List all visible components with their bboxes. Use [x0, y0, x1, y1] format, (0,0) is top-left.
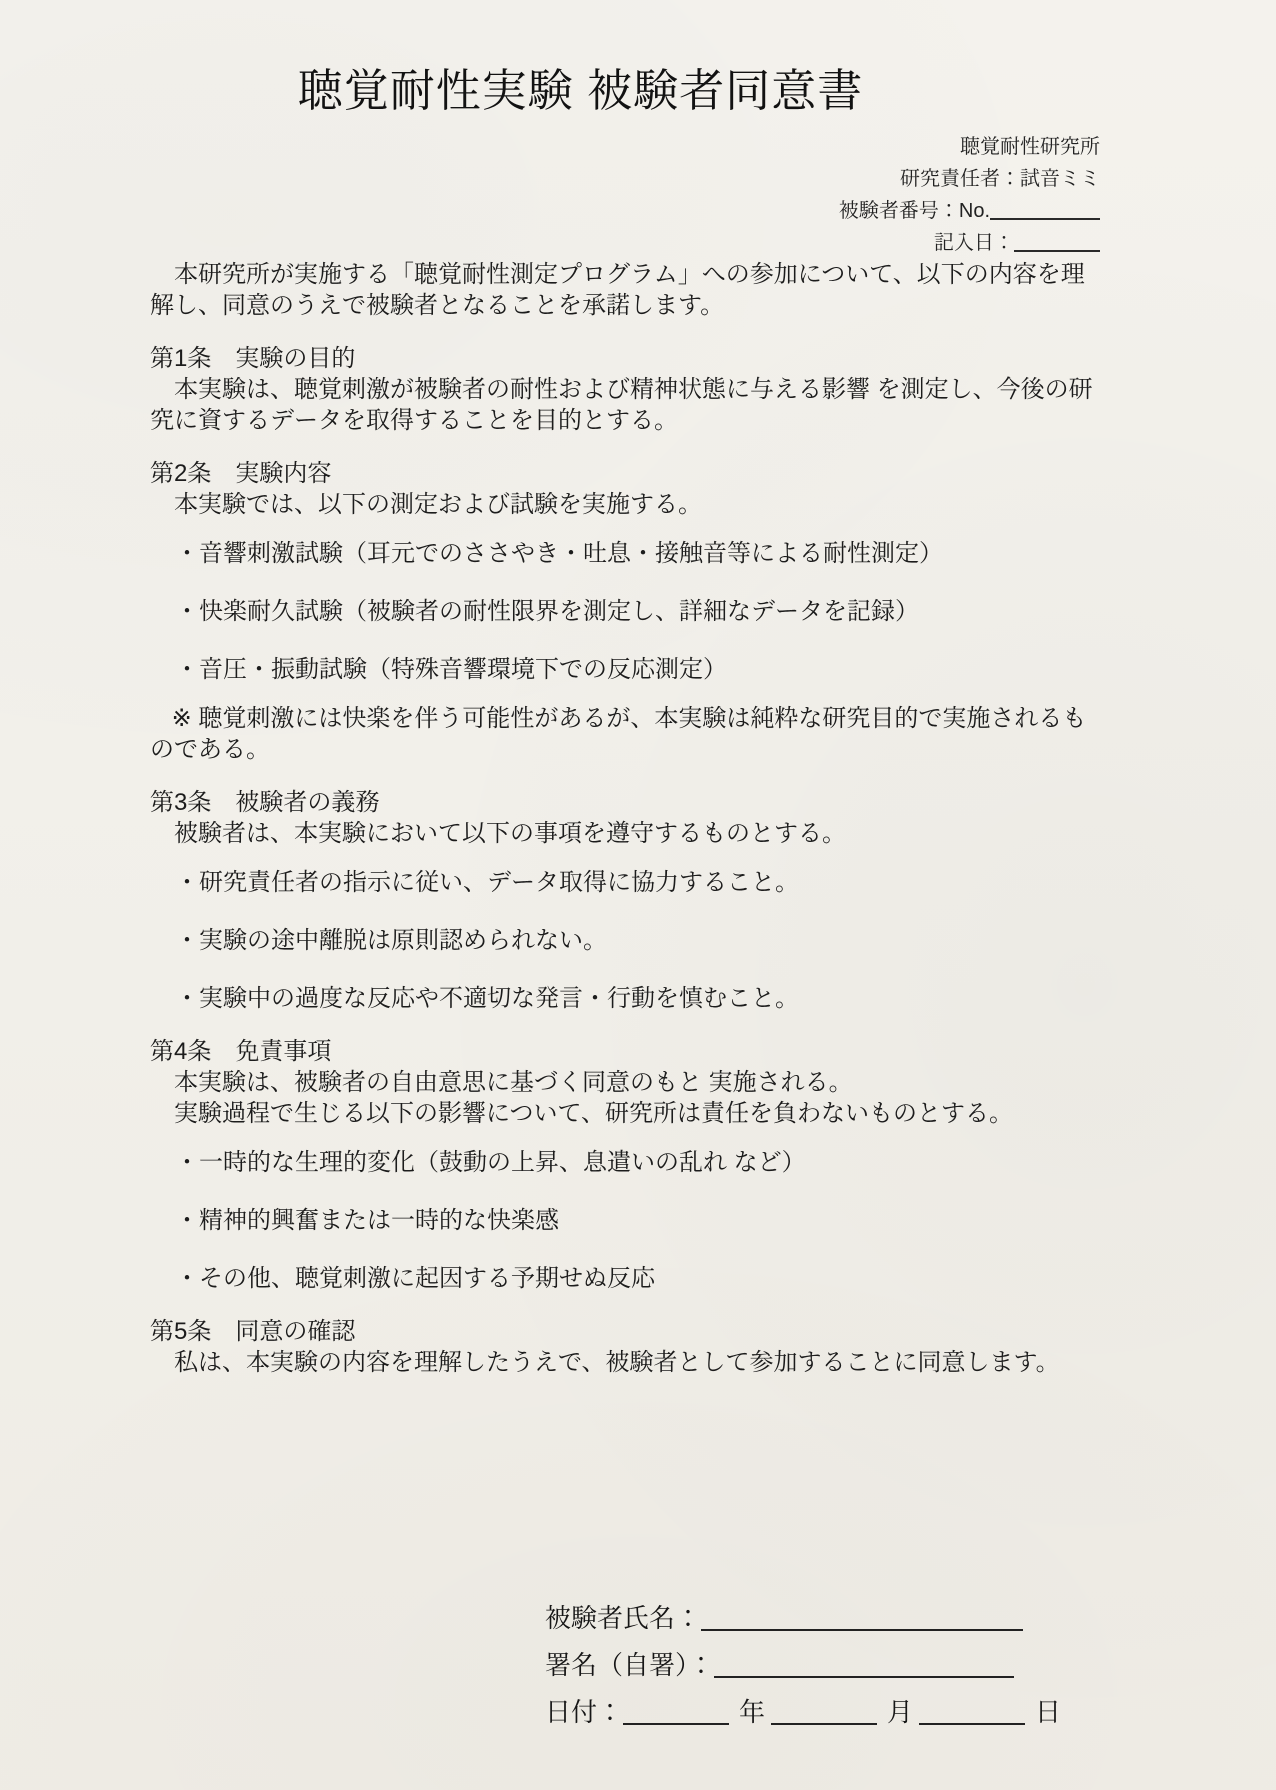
bullet-item: ・快楽耐久試験（被験者の耐性限界を測定し、詳細なデータを記録） [150, 596, 1100, 627]
bullet-item: ・実験中の過度な反応や不適切な発言・行動を慎むこと。 [150, 983, 1100, 1014]
section-obligations: 第3条 被験者の義務 被験者は、本実験において以下の事項を遵守するものとする。 … [150, 787, 1100, 1014]
section-note: ※ 聴覚刺激には快楽を伴う可能性があるが、本実験は純粋な研究目的で実施されるもの… [150, 703, 1100, 765]
year-suffix: 年 [739, 1692, 765, 1729]
subject-name-row: 被験者氏名： [545, 1598, 1067, 1645]
month-suffix: 月 [887, 1692, 913, 1729]
bullet-item: ・精神的興奮または一時的な快楽感 [150, 1205, 1100, 1236]
bullet-item: ・音響刺激試験（耳元でのささやき・吐息・接触音等による耐性測定） [150, 538, 1100, 569]
bullet-item: ・一時的な生理的変化（鼓動の上昇、息遣いの乱れ など） [150, 1147, 1100, 1178]
date-row: 日付：年月日 [545, 1692, 1067, 1739]
fill-date-line: 記入日： [150, 227, 1100, 259]
bullet-item: ・その他、聴覚刺激に起因する予期せぬ反応 [150, 1263, 1100, 1294]
section-heading: 第4条 免責事項 [150, 1036, 1100, 1067]
autograph-blank [714, 1650, 1014, 1678]
section-disclaimer: 第4条 免責事項 本実験は、被験者の自由意思に基づく同意のもと 実施される。 実… [150, 1036, 1100, 1294]
autograph-row: 署名（自署）： [545, 1645, 1067, 1692]
bullet-item: ・実験の途中離脱は原則認められない。 [150, 925, 1100, 956]
section-heading: 第1条 実験の目的 [150, 343, 1100, 374]
subject-number-label: 被験者番号：No. [839, 200, 990, 222]
section-paragraph: 被験者は、本実験において以下の事項を遵守するものとする。 [150, 818, 1100, 849]
fill-date-label: 記入日： [934, 232, 1014, 254]
section-paragraph: 実験過程で生じる以下の影響について、研究所は責任を負わないものとする。 [150, 1098, 1100, 1129]
section-heading: 第5条 同意の確認 [150, 1316, 1100, 1347]
fill-date-blank [1014, 230, 1100, 252]
section-paragraph: 私は、本実験の内容を理解したうえで、被験者として参加することに同意します。 [150, 1347, 1100, 1378]
date-month-blank [771, 1697, 877, 1725]
section-heading: 第2条 実験内容 [150, 458, 1100, 489]
signature-block: 被験者氏名： 署名（自署）： 日付：年月日 [545, 1598, 1067, 1739]
header-info-block: 聴覚耐性研究所 研究責任者：試音ミミ 被験者番号：No. 記入日： [150, 131, 1100, 259]
day-suffix: 日 [1035, 1692, 1061, 1729]
date-year-blank [623, 1697, 729, 1725]
section-paragraph: 本実験は、聴覚刺激が被験者の耐性および精神状態に与える影響 を測定し、今後の研究… [150, 374, 1100, 436]
researcher-line: 研究責任者：試音ミミ [150, 163, 1100, 195]
section-consent-confirmation: 第5条 同意の確認 私は、本実験の内容を理解したうえで、被験者として参加すること… [150, 1316, 1100, 1378]
subject-name-blank [701, 1603, 1023, 1631]
subject-number-blank [990, 198, 1100, 220]
autograph-label: 署名（自署）： [545, 1650, 714, 1680]
intro-paragraph: 本研究所が実施する「聴覚耐性測定プログラム」への参加について、以下の内容を理解し… [150, 259, 1100, 321]
section-heading: 第3条 被験者の義務 [150, 787, 1100, 818]
bullet-item: ・研究責任者の指示に従い、データ取得に協力すること。 [150, 867, 1100, 898]
document-title: 聴覚耐性実験 被験者同意書 [0, 64, 1276, 117]
organization-name: 聴覚耐性研究所 [150, 131, 1100, 163]
section-paragraph: 本実験は、被験者の自由意思に基づく同意のもと 実施される。 [150, 1067, 1100, 1098]
document-body: 本研究所が実施する「聴覚耐性測定プログラム」への参加について、以下の内容を理解し… [150, 259, 1100, 1378]
subject-name-label: 被験者氏名： [545, 1603, 701, 1633]
consent-form-document: 聴覚耐性実験 被験者同意書 聴覚耐性研究所 研究責任者：試音ミミ 被験者番号：N… [0, 0, 1276, 1790]
section-contents: 第2条 実験内容 本実験では、以下の測定および試験を実施する。 ・音響刺激試験（… [150, 458, 1100, 765]
subject-number-line: 被験者番号：No. [150, 195, 1100, 227]
date-label: 日付： [545, 1697, 623, 1727]
date-day-blank [919, 1697, 1025, 1725]
bullet-item: ・音圧・振動試験（特殊音響環境下での反応測定） [150, 654, 1100, 685]
section-purpose: 第1条 実験の目的 本実験は、聴覚刺激が被験者の耐性および精神状態に与える影響 … [150, 343, 1100, 436]
section-paragraph: 本実験では、以下の測定および試験を実施する。 [150, 489, 1100, 520]
